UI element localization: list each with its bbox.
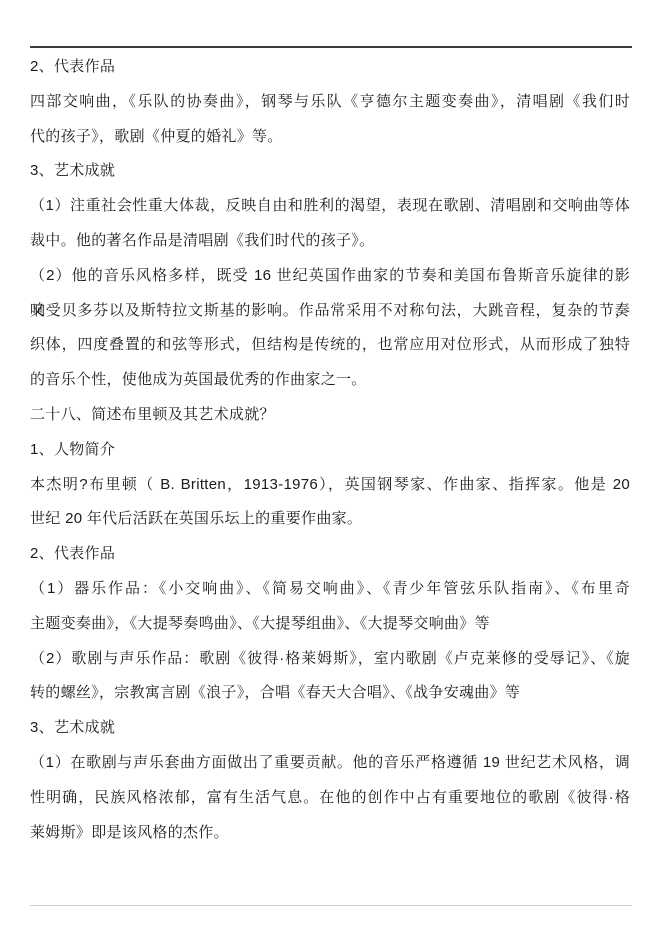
section-heading-line: 二十八、简述布里顿及其艺术成就？ bbox=[30, 398, 630, 433]
text-line: 莱姆斯》即是该风格的杰作。 bbox=[30, 816, 630, 851]
text-line: （1）器乐作品：《小交响曲》、《简易交响曲》、《青少年管弦乐队指南》、《布里奇 bbox=[30, 572, 630, 607]
text-line: 四部交响曲，《乐队的协奏曲》，钢琴与乐队《亨德尔主题变奏曲》，清唱剧《我们时 bbox=[30, 85, 630, 120]
text-line: 世纪 20 年代后活跃在英国乐坛上的重要作曲家。 bbox=[30, 502, 630, 537]
top-rule bbox=[30, 46, 632, 48]
document-body: 2、代表作品四部交响曲，《乐队的协奏曲》，钢琴与乐队《亨德尔主题变奏曲》，清唱剧… bbox=[30, 50, 630, 850]
text-line: 的音乐个性，使他成为英国最优秀的作曲家之一。 bbox=[30, 363, 630, 398]
text-line: （2）他的音乐风格多样，既受 16 世纪英国作曲家的节奏和美国布鲁斯音乐旋律的影… bbox=[30, 259, 630, 294]
heading-line: 1、人物简介 bbox=[30, 433, 630, 468]
text-line: （2）歌剧与声乐作品：歌剧《彼得·格莱姆斯》，室内歌剧《卢克莱修的受辱记》、《旋 bbox=[30, 642, 630, 677]
text-line: 代的孩子》，歌剧《仲夏的婚礼》等。 bbox=[30, 120, 630, 155]
text-line: 性明确，民族风格浓郁，富有生活气息。在他的创作中占有重要地位的歌剧《彼得·格 bbox=[30, 781, 630, 816]
heading-line: 2、代表作品 bbox=[30, 537, 630, 572]
text-line: 织体，四度叠置的和弦等形式，但结构是传统的，也常应用对位形式，从而形成了独特 bbox=[30, 328, 630, 363]
text-line: （1）在歌剧与声乐套曲方面做出了重要贡献。他的音乐严格遵循 19 世纪艺术风格，… bbox=[30, 746, 630, 781]
bottom-rule bbox=[30, 905, 632, 906]
heading-line: 2、代表作品 bbox=[30, 50, 630, 85]
heading-line: 3、艺术成就 bbox=[30, 711, 630, 746]
heading-line: 3、艺术成就 bbox=[30, 154, 630, 189]
text-line: 主题变奏曲》，《大提琴奏鸣曲》、《大提琴组曲》、《大提琴交响曲》等 bbox=[30, 607, 630, 642]
text-line: （1）注重社会性重大体裁，反映自由和胜利的渴望，表现在歌剧、清唱剧和交响曲等体 bbox=[30, 189, 630, 224]
document-page: 2、代表作品四部交响曲，《乐队的协奏曲》，钢琴与乐队《亨德尔主题变奏曲》，清唱剧… bbox=[0, 0, 660, 933]
text-line: 裁中。他的著名作品是清唱剧《我们时代的孩子》。 bbox=[30, 224, 630, 259]
text-line: 又受贝多芬以及斯特拉文斯基的影响。作品常采用不对称句法，大跳音程，复杂的节奏 bbox=[30, 294, 630, 329]
text-line: 本杰明?布里顿（ B. Britten，1913-1976），英国钢琴家、作曲家… bbox=[30, 468, 630, 503]
text-line: 转的螺丝》，宗教寓言剧《浪子》，合唱《春天大合唱》、《战争安魂曲》等 bbox=[30, 676, 630, 711]
